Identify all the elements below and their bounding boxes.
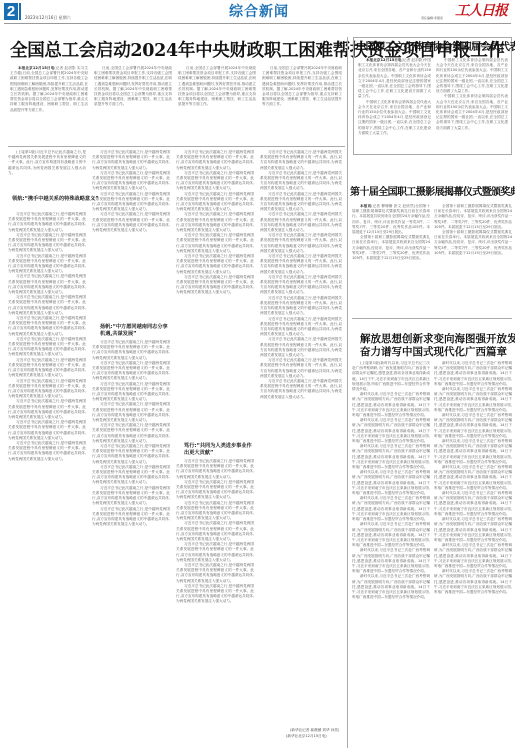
vietnam-col-1a: (上接第1版)习近平总书记此次越南之行,是中越两党两国关系发展进程中具有里程碑意… [8, 150, 86, 192]
photo-exhibition-headline[interactable]: 第十届全国职工摄影展揭幕仪式暨颁奖典礼在长春举行 [350, 186, 515, 200]
vietnam-col-4: 习近平总书记此次越南之行,是中越两党两国关系发展进程中具有里程碑意义的一件大事。… [260, 150, 342, 722]
vietnam-col-2a: 习近平总书记此次越南之行,是中越两党两国关系发展进程中具有里程碑意义的一件大事。… [92, 150, 170, 322]
vietnam-col-3b: 习近平总书记此次越南之行,是中越两党两国关系发展进程中具有里程碑意义的一件大事。… [176, 459, 254, 748]
right-box-col-1: 本报北京12月15日电(记者 赵剑影)中国职工文化体育协会第四届会员代表大会今天… [358, 58, 431, 152]
section-divider [8, 146, 345, 147]
editors-credit: 责任编辑:李强彦 [421, 16, 443, 20]
photo-article-col-2: 全国第十届职工摄影展揭幕仪式暨颁奖典礼日前在长春举行。本届展览共收到来自全国的2… [434, 204, 512, 284]
guangxi-col-2: 新时代以来,习近平总书记三次赴广西考察调研,为广西发展指明方向,广西各族干部群众… [434, 361, 512, 748]
photo-article-col-1: 本报讯(记者 柳姗姗 彭文 赵欣然)全国第十届职工摄影展揭幕仪式暨颁奖典礼日前在… [352, 204, 430, 299]
main-article-col-1: 本报北京12月15日电(记者 赵剑影 实习生 王方健)日前,全国总工会部署开展2… [10, 66, 88, 142]
main-article-col-4: 日前,全国总工会部署开展2024年中央财政职工困难帮扶资金项目申报工作,支持各级… [262, 66, 342, 142]
vietnam-signature: (新华社记者 郝薇薇 刘华 孙奕) [290, 728, 339, 733]
vietnam-subhead-3: 笃行:“共同为人类进步事业作出更大贡献” [184, 443, 256, 456]
vietnam-col-2b: 习近平总书记此次越南之行,是中越两党两国关系发展进程中具有里程碑意义的一件大事。… [92, 340, 170, 748]
guangxi-col-1: (上接第1版)新时代以来,习近平总书记三次赴广西考察调研,为广西发展指明方向,广… [352, 361, 430, 748]
vertical-divider [347, 37, 348, 748]
issue-date: 2023年12月16日 星期六 [25, 15, 71, 20]
vietnam-col-3a: 习近平总书记此次越南之行,是中越两党两国关系发展进程中具有里程碑意义的一件大事。… [176, 150, 254, 440]
masthead-divider [4, 23, 511, 24]
section-title: 综合新闻 [229, 3, 289, 21]
right-box-headline[interactable]: 中国职工文化体育协会第四届会员代表大会在北京召开 [356, 41, 515, 54]
page-number-bar [19, 3, 21, 20]
main-article-col-3: 日前,全国总工会部署开展2024年中央财政职工困难帮扶资金项目申报工作,支持各级… [178, 66, 256, 142]
vietnam-subhead-2: 扬帆:“中方愿同越南同志分享机遇,共谋发展” [100, 324, 172, 337]
vietnam-source: (新华社北京12月15日电) [286, 734, 327, 739]
right-section-divider [352, 318, 512, 319]
guangxi-headline[interactable]: 解放思想创新求变向海图强开放发展 奋力谱写中国式现代化广西篇章 [360, 333, 515, 359]
page-number: 2 [4, 3, 18, 20]
newspaper-logo: 工人日报 [455, 2, 507, 20]
vietnam-col-1b: 习近平总书记此次越南之行,是中越两党两国关系发展进程中具有里程碑意义的一件大事。… [8, 212, 86, 748]
main-article-col-2: 日前,全国总工会部署开展2024年中央财政职工困难帮扶资金项目申报工作,支持各级… [94, 66, 172, 142]
right-box-col-2: 中国职工文化体育协会第四届会员代表大会今天在北京召开,来自全国各地、各产业和行业… [436, 58, 508, 152]
vietnam-subhead-1: 领航:“携手中越关系的特殊战略意义” [12, 196, 99, 203]
masthead: 2 2023年12月16日 星期六 综合新闻 责任编辑:李强彦 工人日报 [0, 0, 515, 25]
